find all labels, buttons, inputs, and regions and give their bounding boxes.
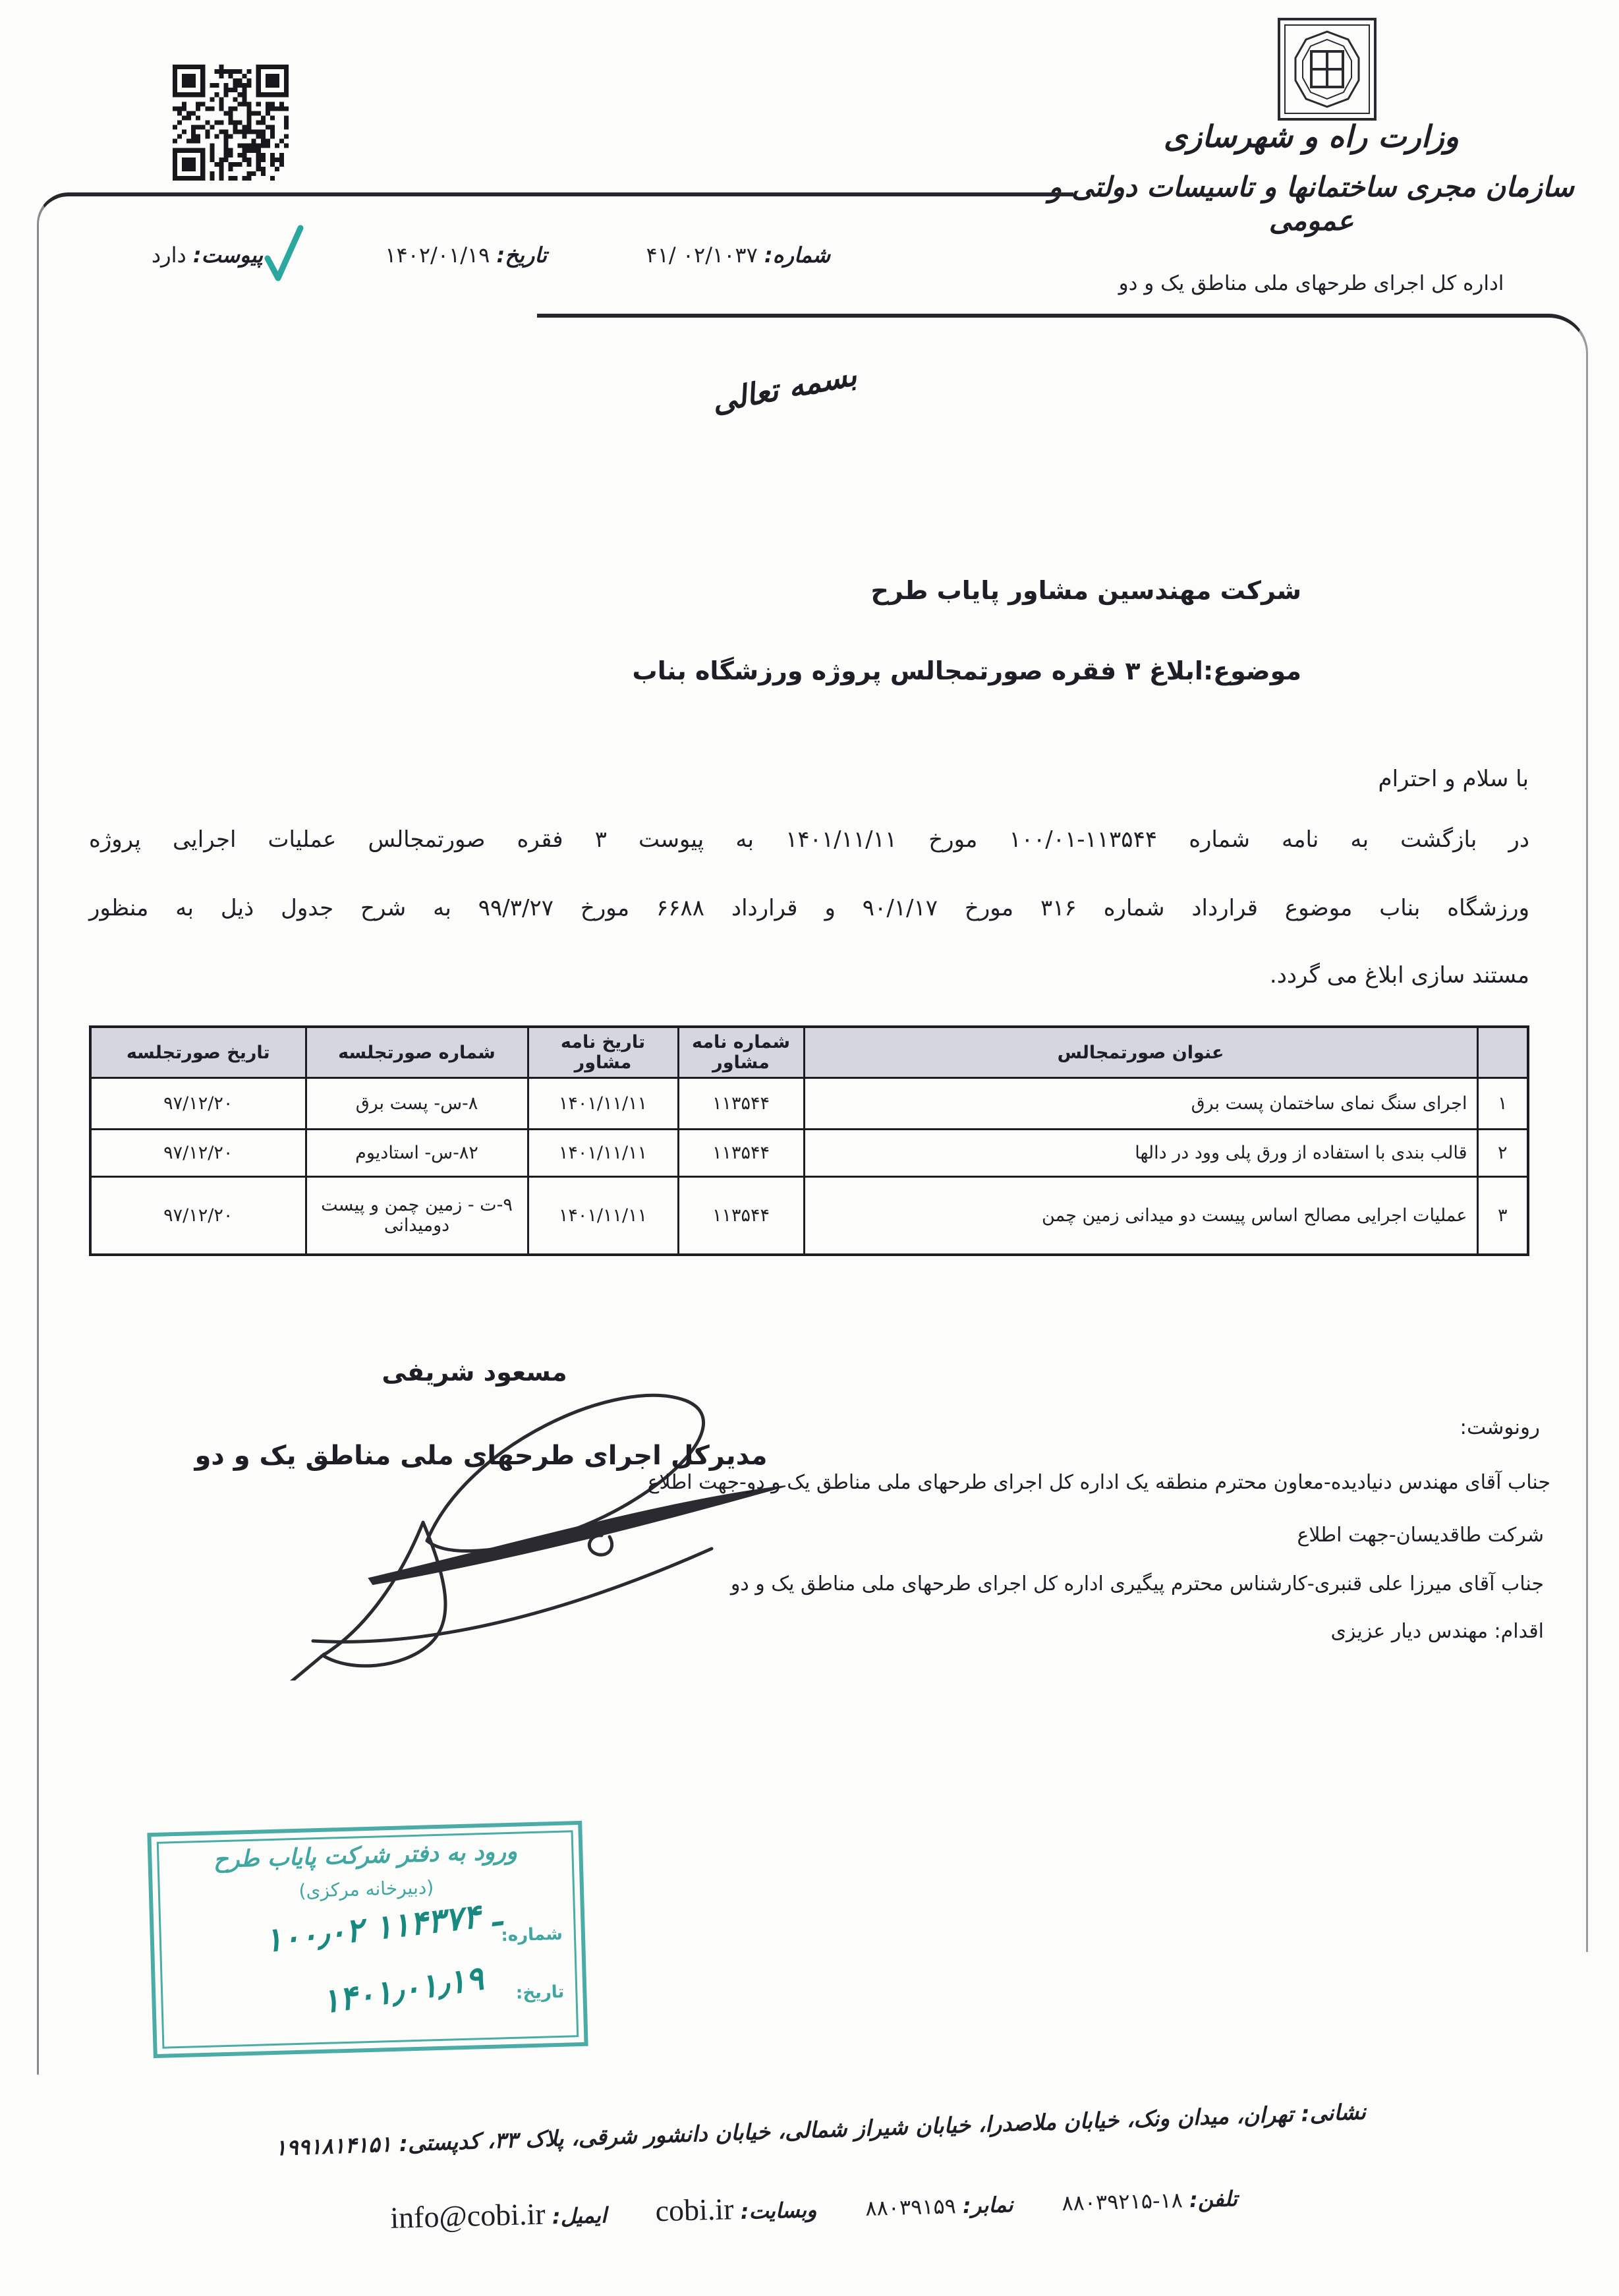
- cell-letter-date: ۱۴۰۱/۱۱/۱۱: [528, 1130, 678, 1177]
- footer-address: نشانی: تهران، میدان ونک، خیابان ملاصدرا،…: [112, 2093, 1529, 2166]
- header-minutes-no: شماره صورتجلسه: [306, 1027, 528, 1078]
- footer-website: وبسایت: cobi.ir: [655, 2189, 817, 2228]
- cc-item: شرکت طاقدیسان-جهت اطلاع: [1297, 1524, 1544, 1547]
- cell-minutes-no: ۸۲-س- استادیوم: [306, 1130, 528, 1177]
- receipt-stamp: ورود به دفتر شرکت پایاب طرح (دبیرخانه مر…: [147, 1821, 588, 2058]
- footer-fax: نمابر: ۸۸۰۳۹۱۵۹: [865, 2192, 1013, 2221]
- letter-number-value: ۴۱/ ۰۲/۱۰۳۷: [646, 243, 758, 268]
- cell-letter-date: ۱۴۰۱/۱۱/۱۱: [528, 1078, 678, 1130]
- header-title: عنوان صورتمجالس: [804, 1027, 1477, 1078]
- letterhead-titles: وزارت راه و شهرسازی سازمان مجری ساختمانه…: [1028, 119, 1595, 295]
- cell-row-no: ۱: [1477, 1078, 1528, 1130]
- table-row: ۳ عملیات اجرایی مصالح اساس پیست دو میدان…: [90, 1177, 1528, 1255]
- cell-minutes-date: ۹۷/۱۲/۲۰: [90, 1078, 306, 1130]
- body-line-2: ورزشگاه بناب موضوع قرارداد شماره ۳۱۶ مور…: [89, 892, 1529, 925]
- footer-email-label: ایمیل:: [552, 2202, 607, 2229]
- cell-letter-date: ۱۴۰۱/۱۱/۱۱: [528, 1177, 678, 1255]
- cell-title: قالب بندی با استفاده از ورق پلی وود در د…: [804, 1130, 1477, 1177]
- cell-minutes-no: ۸-س- پست برق: [306, 1078, 528, 1130]
- stamp-date-label: تاریخ:: [516, 1982, 565, 2003]
- recipient-line: شرکت مهندسین مشاور پایاب طرح: [871, 576, 1301, 605]
- letter-page: وزارت راه و شهرسازی سازمان مجری ساختمانه…: [0, 0, 1619, 2296]
- cell-letter-no: ۱۱۳۵۴۴: [678, 1078, 804, 1130]
- checkmark-icon: [264, 224, 304, 287]
- footer-contacts: تلفن: ۱۸-۸۸۰۳۹۲۱۵ نمابر: ۸۸۰۳۹۱۵۹ وبسایت…: [112, 2171, 1516, 2243]
- ministry-emblem-icon: [1277, 17, 1377, 124]
- qr-code: [173, 65, 289, 183]
- footer-fax-value: ۸۸۰۳۹۱۵۹: [865, 2193, 956, 2221]
- ministry-name: وزارت راه و شهرسازی: [1028, 119, 1595, 155]
- salutation: با سلام و احترام: [1378, 766, 1529, 792]
- header-consultant-letter-no: شماره نامه مشاور: [678, 1027, 804, 1078]
- header-consultant-letter-date: تاریخ نامه مشاور: [528, 1027, 678, 1078]
- cell-minutes-no: ۹-ت - زمین چمن و پیست دومیدانی: [306, 1177, 528, 1255]
- cell-row-no: ۲: [1477, 1130, 1528, 1177]
- footer-fax-label: نمابر:: [962, 2192, 1013, 2218]
- table-row: ۲ قالب بندی با استفاده از ورق پلی وود در…: [90, 1130, 1528, 1177]
- header-row-no: [1477, 1027, 1528, 1078]
- cell-letter-no: ۱۱۳۵۴۴: [678, 1177, 804, 1255]
- cc-label: رونوشت:: [1460, 1416, 1540, 1439]
- table-header-row: عنوان صورتمجالس شماره نامه مشاور تاریخ ن…: [90, 1027, 1528, 1078]
- footer-email-value: info@cobi.ir: [390, 2197, 546, 2235]
- cc-item: جناب آقای میرزا علی قنبری-کارشناس محترم …: [731, 1572, 1544, 1595]
- footer-website-value: cobi.ir: [655, 2192, 734, 2227]
- footer-phone: تلفن: ۱۸-۸۸۰۳۹۲۱۵: [1062, 2186, 1237, 2216]
- cell-row-no: ۳: [1477, 1177, 1528, 1255]
- attachment-value: دارد: [152, 243, 186, 268]
- footer-phone-label: تلفن:: [1189, 2186, 1237, 2212]
- attachment-field: پیوست: دارد: [152, 243, 263, 268]
- body-line-3: مستند سازی ابلاغ می گردد.: [89, 960, 1529, 992]
- letter-date-label: تاریخ:: [497, 243, 547, 268]
- cell-letter-no: ۱۱۳۵۴۴: [678, 1130, 804, 1177]
- cell-minutes-date: ۹۷/۱۲/۲۰: [90, 1177, 306, 1255]
- cell-title: اجرای سنگ نمای ساختمان پست برق: [804, 1078, 1477, 1130]
- table-row: ۱ اجرای سنگ نمای ساختمان پست برق ۱۱۳۵۴۴ …: [90, 1078, 1528, 1130]
- footer-website-label: وبسایت:: [740, 2197, 817, 2224]
- stamp-number-label: شماره:: [501, 1924, 563, 1946]
- cell-minutes-date: ۹۷/۱۲/۲۰: [90, 1130, 306, 1177]
- letter-date-field: تاریخ: ۱۴۰۲/۰۱/۱۹: [385, 243, 547, 268]
- cell-title: عملیات اجرایی مصالح اساس پیست دو میدانی …: [804, 1177, 1477, 1255]
- letter-number-field: شماره: ۴۱/ ۰۲/۱۰۳۷: [646, 243, 830, 268]
- cc-item: جناب آقای مهندس دنیادیده-معاون محترم منط…: [648, 1471, 1550, 1494]
- letter-date-value: ۱۴۰۲/۰۱/۱۹: [385, 243, 490, 268]
- department-name: اداره کل اجرای طرحهای ملی مناطق یک و دو: [1028, 272, 1595, 295]
- header-minutes-date: تاریخ صورتجلسه: [90, 1027, 306, 1078]
- footer-phone-value: ۱۸-۸۸۰۳۹۲۱۵: [1062, 2187, 1183, 2216]
- footer-email: ایمیل: info@cobi.ir: [390, 2195, 608, 2235]
- cc-item: اقدام: مهندس دیار عزیزی: [1330, 1620, 1544, 1643]
- subject-line: موضوع:ابلاغ ۳ فقره صورتمجالس پروژه ورزشگ…: [633, 656, 1301, 685]
- signatory-title: مدیرکل اجرای طرحهای ملی مناطق یک و دو: [191, 1441, 771, 1471]
- organization-name: سازمان مجری ساختمانها و تاسیسات دولتی و …: [1028, 171, 1595, 237]
- minutes-table: عنوان صورتمجالس شماره نامه مشاور تاریخ ن…: [89, 1025, 1529, 1256]
- signature-scribble: [250, 1364, 843, 1683]
- body-line-1: در بازگشت به نامه شماره ۱۱۳۵۴۴-۱۰۰/۰۱ مو…: [89, 824, 1529, 856]
- letter-number-label: شماره:: [764, 243, 830, 268]
- attachment-label: پیوست:: [193, 243, 263, 268]
